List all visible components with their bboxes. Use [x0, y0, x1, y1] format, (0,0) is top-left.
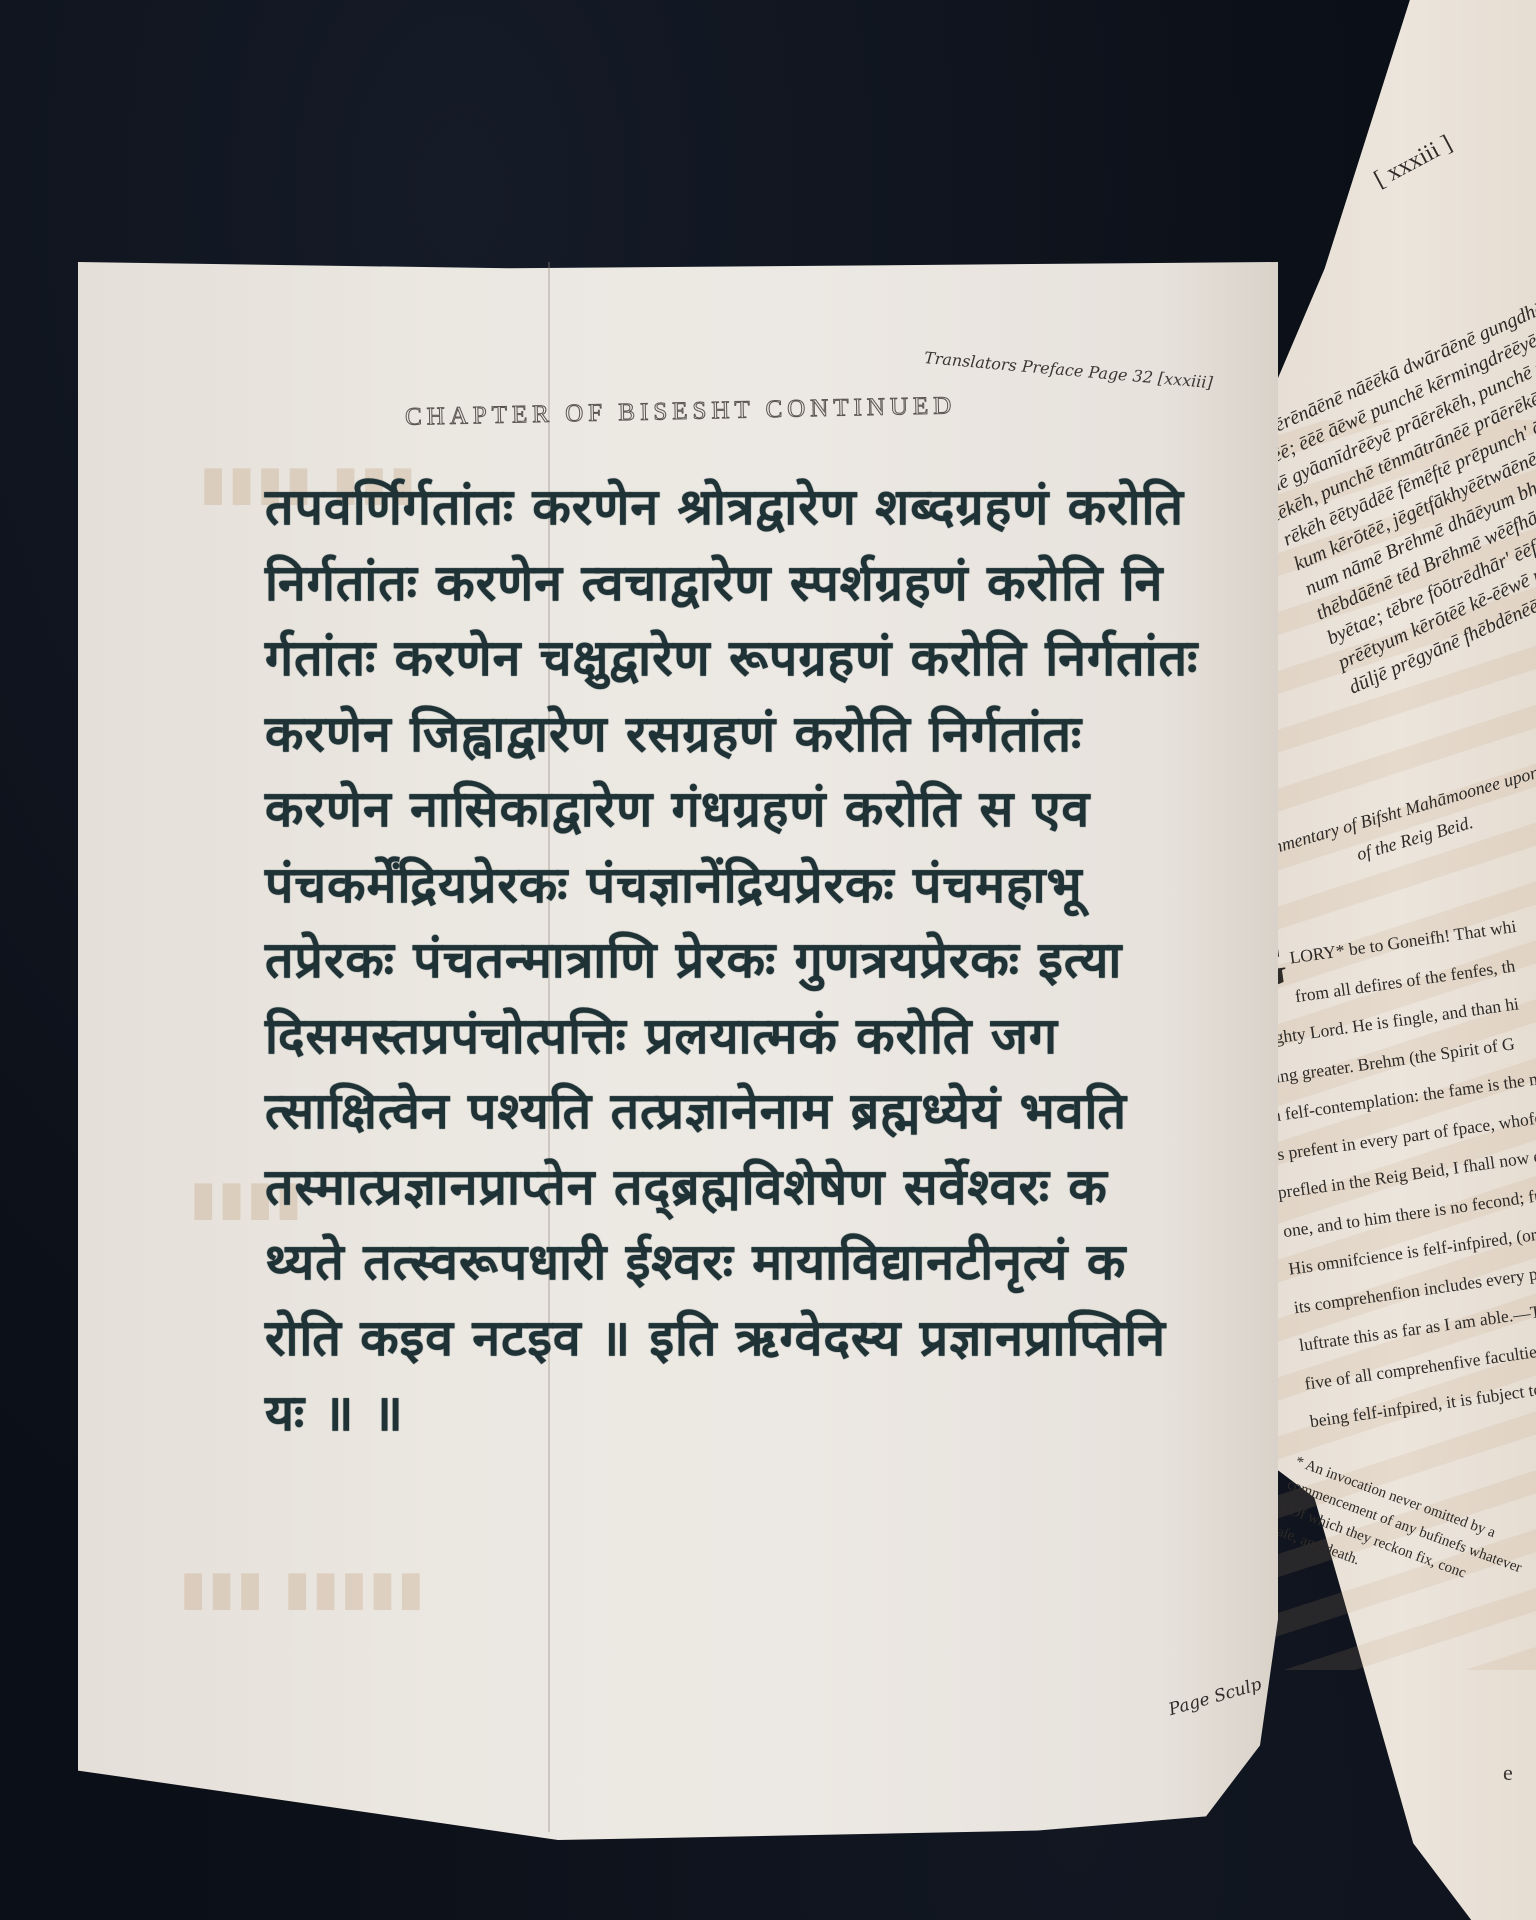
sanskrit-line: तप्रेरकः पंचतन्मात्राणि प्रेरकः गुणत्रयप… — [265, 923, 1235, 999]
signature-mark: e — [1503, 1760, 1513, 1786]
sanskrit-line: करणेन नासिकाद्वारेण गंधग्रहणं करोति स एव — [265, 772, 1235, 848]
sanskrit-line: निर्गतांतः करणेन त्वचाद्वारेण स्पर्शग्रह… — [265, 546, 1235, 622]
sanskrit-line: पंचकर्मेंद्रियप्रेरकः पंचज्ञानेंद्रियप्र… — [265, 848, 1235, 924]
sanskrit-line: तपवर्णिर्गतांतः करणेन श्रोत्रद्वारेण शब्… — [265, 470, 1235, 546]
sanskrit-line: र्गतांतः करणेन चक्षुद्वारेण रूपग्रहणं कर… — [265, 621, 1235, 697]
sanskrit-line: त्साक्षित्वेन पश्यति तत्प्रज्ञानेनाम ब्र… — [265, 1074, 1235, 1150]
sanskrit-text-block: तपवर्णिर्गतांतः करणेन श्रोत्रद्वारेण शब्… — [265, 470, 1235, 1452]
sanskrit-line: तस्मात्प्रज्ञानप्राप्तेन तद्ब्रह्मविशेषे… — [265, 1150, 1235, 1226]
sanskrit-line: थ्यते तत्स्वरूपधारी ईश्वरः मायाविद्यानटी… — [265, 1225, 1235, 1301]
sanskrit-line: करणेन जिह्वाद्वारेण रसग्रहणं करोति निर्ग… — [265, 697, 1235, 773]
sanskrit-line: रोति कइव नटइव ॥ इति ऋग्वेदस्य प्रज्ञानप्… — [265, 1301, 1235, 1377]
sanskrit-line: दिसमस्तप्रपंचोत्पत्तिः प्रलयात्मकं करोति… — [265, 999, 1235, 1075]
sanskrit-line: यः ॥ ॥ — [265, 1376, 1235, 1452]
